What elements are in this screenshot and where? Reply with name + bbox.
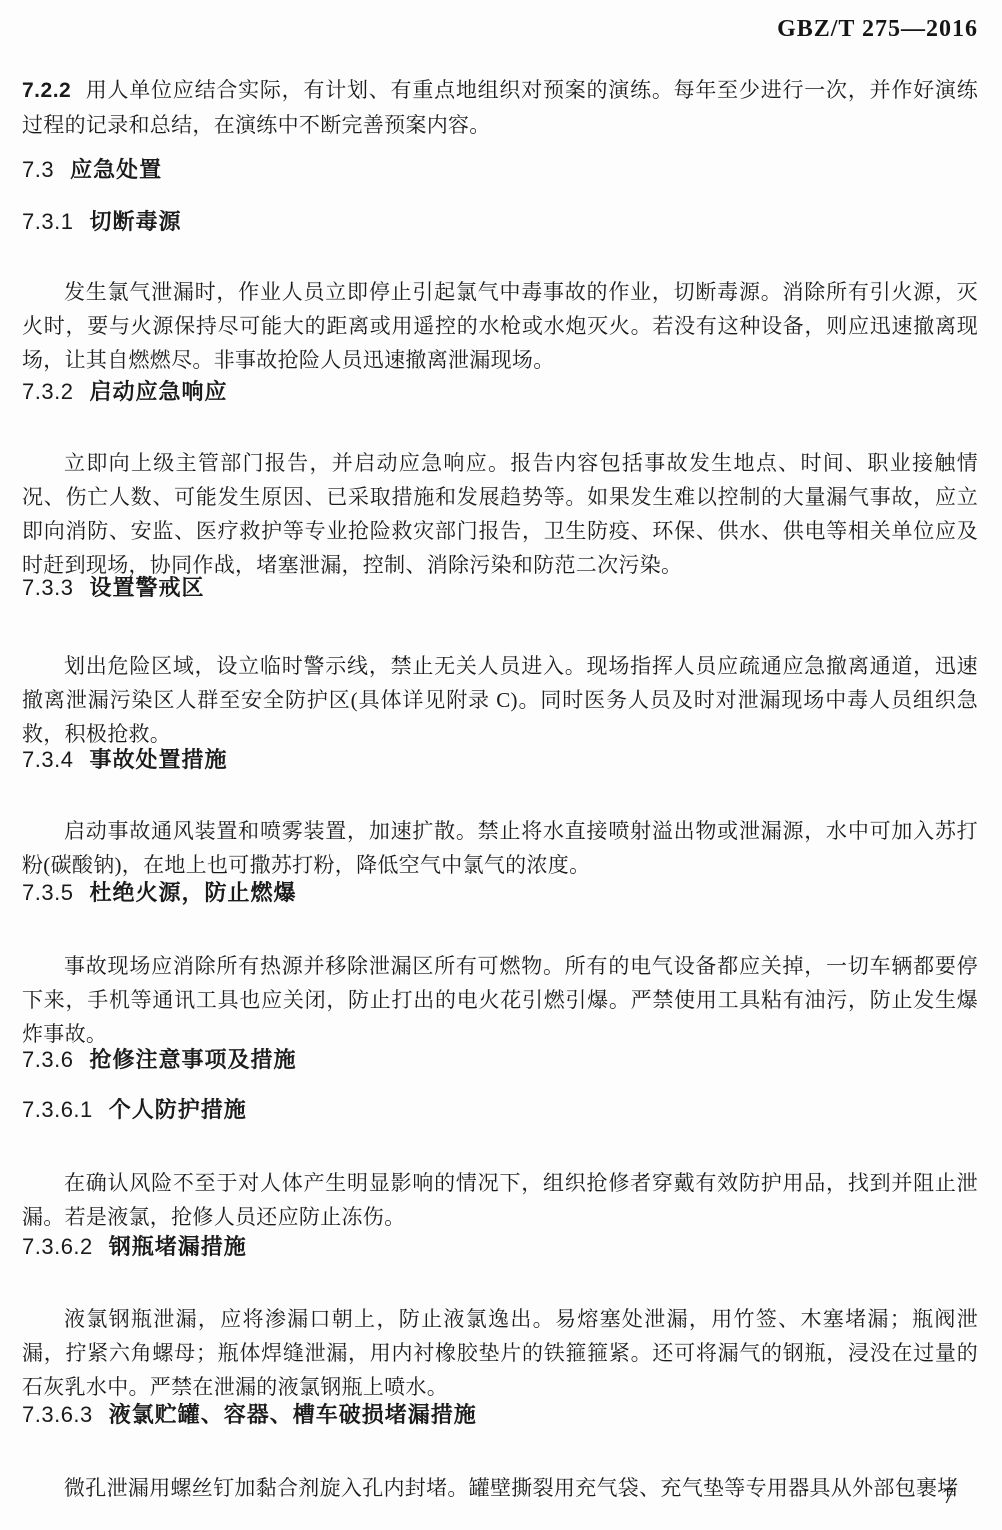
- para-7-3-6-3: 微孔泄漏用螺丝钉加黏合剂旋入孔内封堵。罐壁撕裂用充气袋、充气垫等专用器具从外部包…: [22, 1471, 978, 1505]
- para-7-3-6-1: 在确认风险不至于对人体产生明显影响的情况下，组织抢修者穿戴有效防护用品，找到并阻…: [22, 1166, 978, 1234]
- heading-number: 7.3.4: [22, 747, 73, 772]
- heading-title: 抢修注意事项及措施: [89, 1047, 296, 1072]
- heading-number: 7.3.5: [22, 880, 73, 905]
- heading-title: 个人防护措施: [109, 1097, 247, 1122]
- page-number: 7: [943, 1483, 954, 1509]
- heading-number: 7.3.6.3: [22, 1402, 93, 1427]
- heading-title: 液氯贮罐、容器、槽车破损堵漏措施: [109, 1402, 477, 1427]
- heading-7-3-6-1: 7.3.6.1个人防护措施: [22, 1093, 978, 1127]
- document-code: GBZ/T 275—2016: [777, 16, 978, 43]
- para-7-3-1: 发生氯气泄漏时，作业人员立即停止引起氯气中毒事故的作业，切断毒源。消除所有引火源…: [22, 275, 978, 377]
- heading-7-3-2: 7.3.2启动应急响应: [22, 375, 978, 409]
- heading-title: 设置警戒区: [89, 575, 204, 600]
- heading-7-3-6: 7.3.6抢修注意事项及措施: [22, 1043, 978, 1077]
- heading-title: 杜绝火源，防止燃爆: [89, 880, 296, 905]
- clause-number: 7.2.2: [22, 79, 71, 102]
- clause-text: 用人单位应结合实际，有计划、有重点地组织对预案的演练。每年至少进行一次，并作好演…: [22, 78, 978, 137]
- heading-number: 7.3.3: [22, 575, 73, 600]
- heading-7-3-6-2: 7.3.6.2钢瓶堵漏措施: [22, 1230, 978, 1264]
- para-7-3-6-2: 液氯钢瓶泄漏，应将渗漏口朝上，防止液氯逸出。易熔塞处泄漏，用竹签、木塞堵漏；瓶阀…: [22, 1302, 978, 1404]
- para-7-3-4: 启动事故通风装置和喷雾装置，加速扩散。禁止将水直接喷射溢出物或泄漏源，水中可加入…: [22, 814, 978, 882]
- heading-7-3-4: 7.3.4事故处置措施: [22, 743, 978, 777]
- heading-number: 7.3.1: [22, 209, 73, 234]
- heading-number: 7.3.2: [22, 379, 73, 404]
- document-page: GBZ/T 275—2016 7.2.2用人单位应结合实际，有计划、有重点地组织…: [0, 0, 1002, 1530]
- heading-7-3-6-3: 7.3.6.3液氯贮罐、容器、槽车破损堵漏措施: [22, 1398, 978, 1432]
- heading-7-3: 7.3应急处置: [22, 153, 978, 187]
- heading-number: 7.3.6: [22, 1047, 73, 1072]
- heading-title: 启动应急响应: [89, 379, 227, 404]
- heading-number: 7.3.6.1: [22, 1097, 93, 1122]
- heading-number: 7.3: [22, 157, 54, 182]
- para-7-3-5: 事故现场应消除所有热源并移除泄漏区所有可燃物。所有的电气设备都应关掉，一切车辆都…: [22, 949, 978, 1051]
- heading-number: 7.3.6.2: [22, 1234, 93, 1259]
- heading-title: 事故处置措施: [89, 747, 227, 772]
- clause-7-2-2: 7.2.2用人单位应结合实际，有计划、有重点地组织对预案的演练。每年至少进行一次…: [22, 73, 978, 142]
- para-7-3-2: 立即向上级主管部门报告，并启动应急响应。报告内容包括事故发生地点、时间、职业接触…: [22, 446, 978, 582]
- heading-7-3-3: 7.3.3设置警戒区: [22, 571, 978, 605]
- heading-title: 应急处置: [70, 157, 162, 182]
- heading-7-3-5: 7.3.5杜绝火源，防止燃爆: [22, 876, 978, 910]
- para-7-3-3: 划出危险区域，设立临时警示线，禁止无关人员进入。现场指挥人员应疏通应急撤离通道，…: [22, 649, 978, 751]
- heading-7-3-1: 7.3.1切断毒源: [22, 205, 978, 239]
- heading-title: 钢瓶堵漏措施: [109, 1234, 247, 1259]
- heading-title: 切断毒源: [89, 209, 181, 234]
